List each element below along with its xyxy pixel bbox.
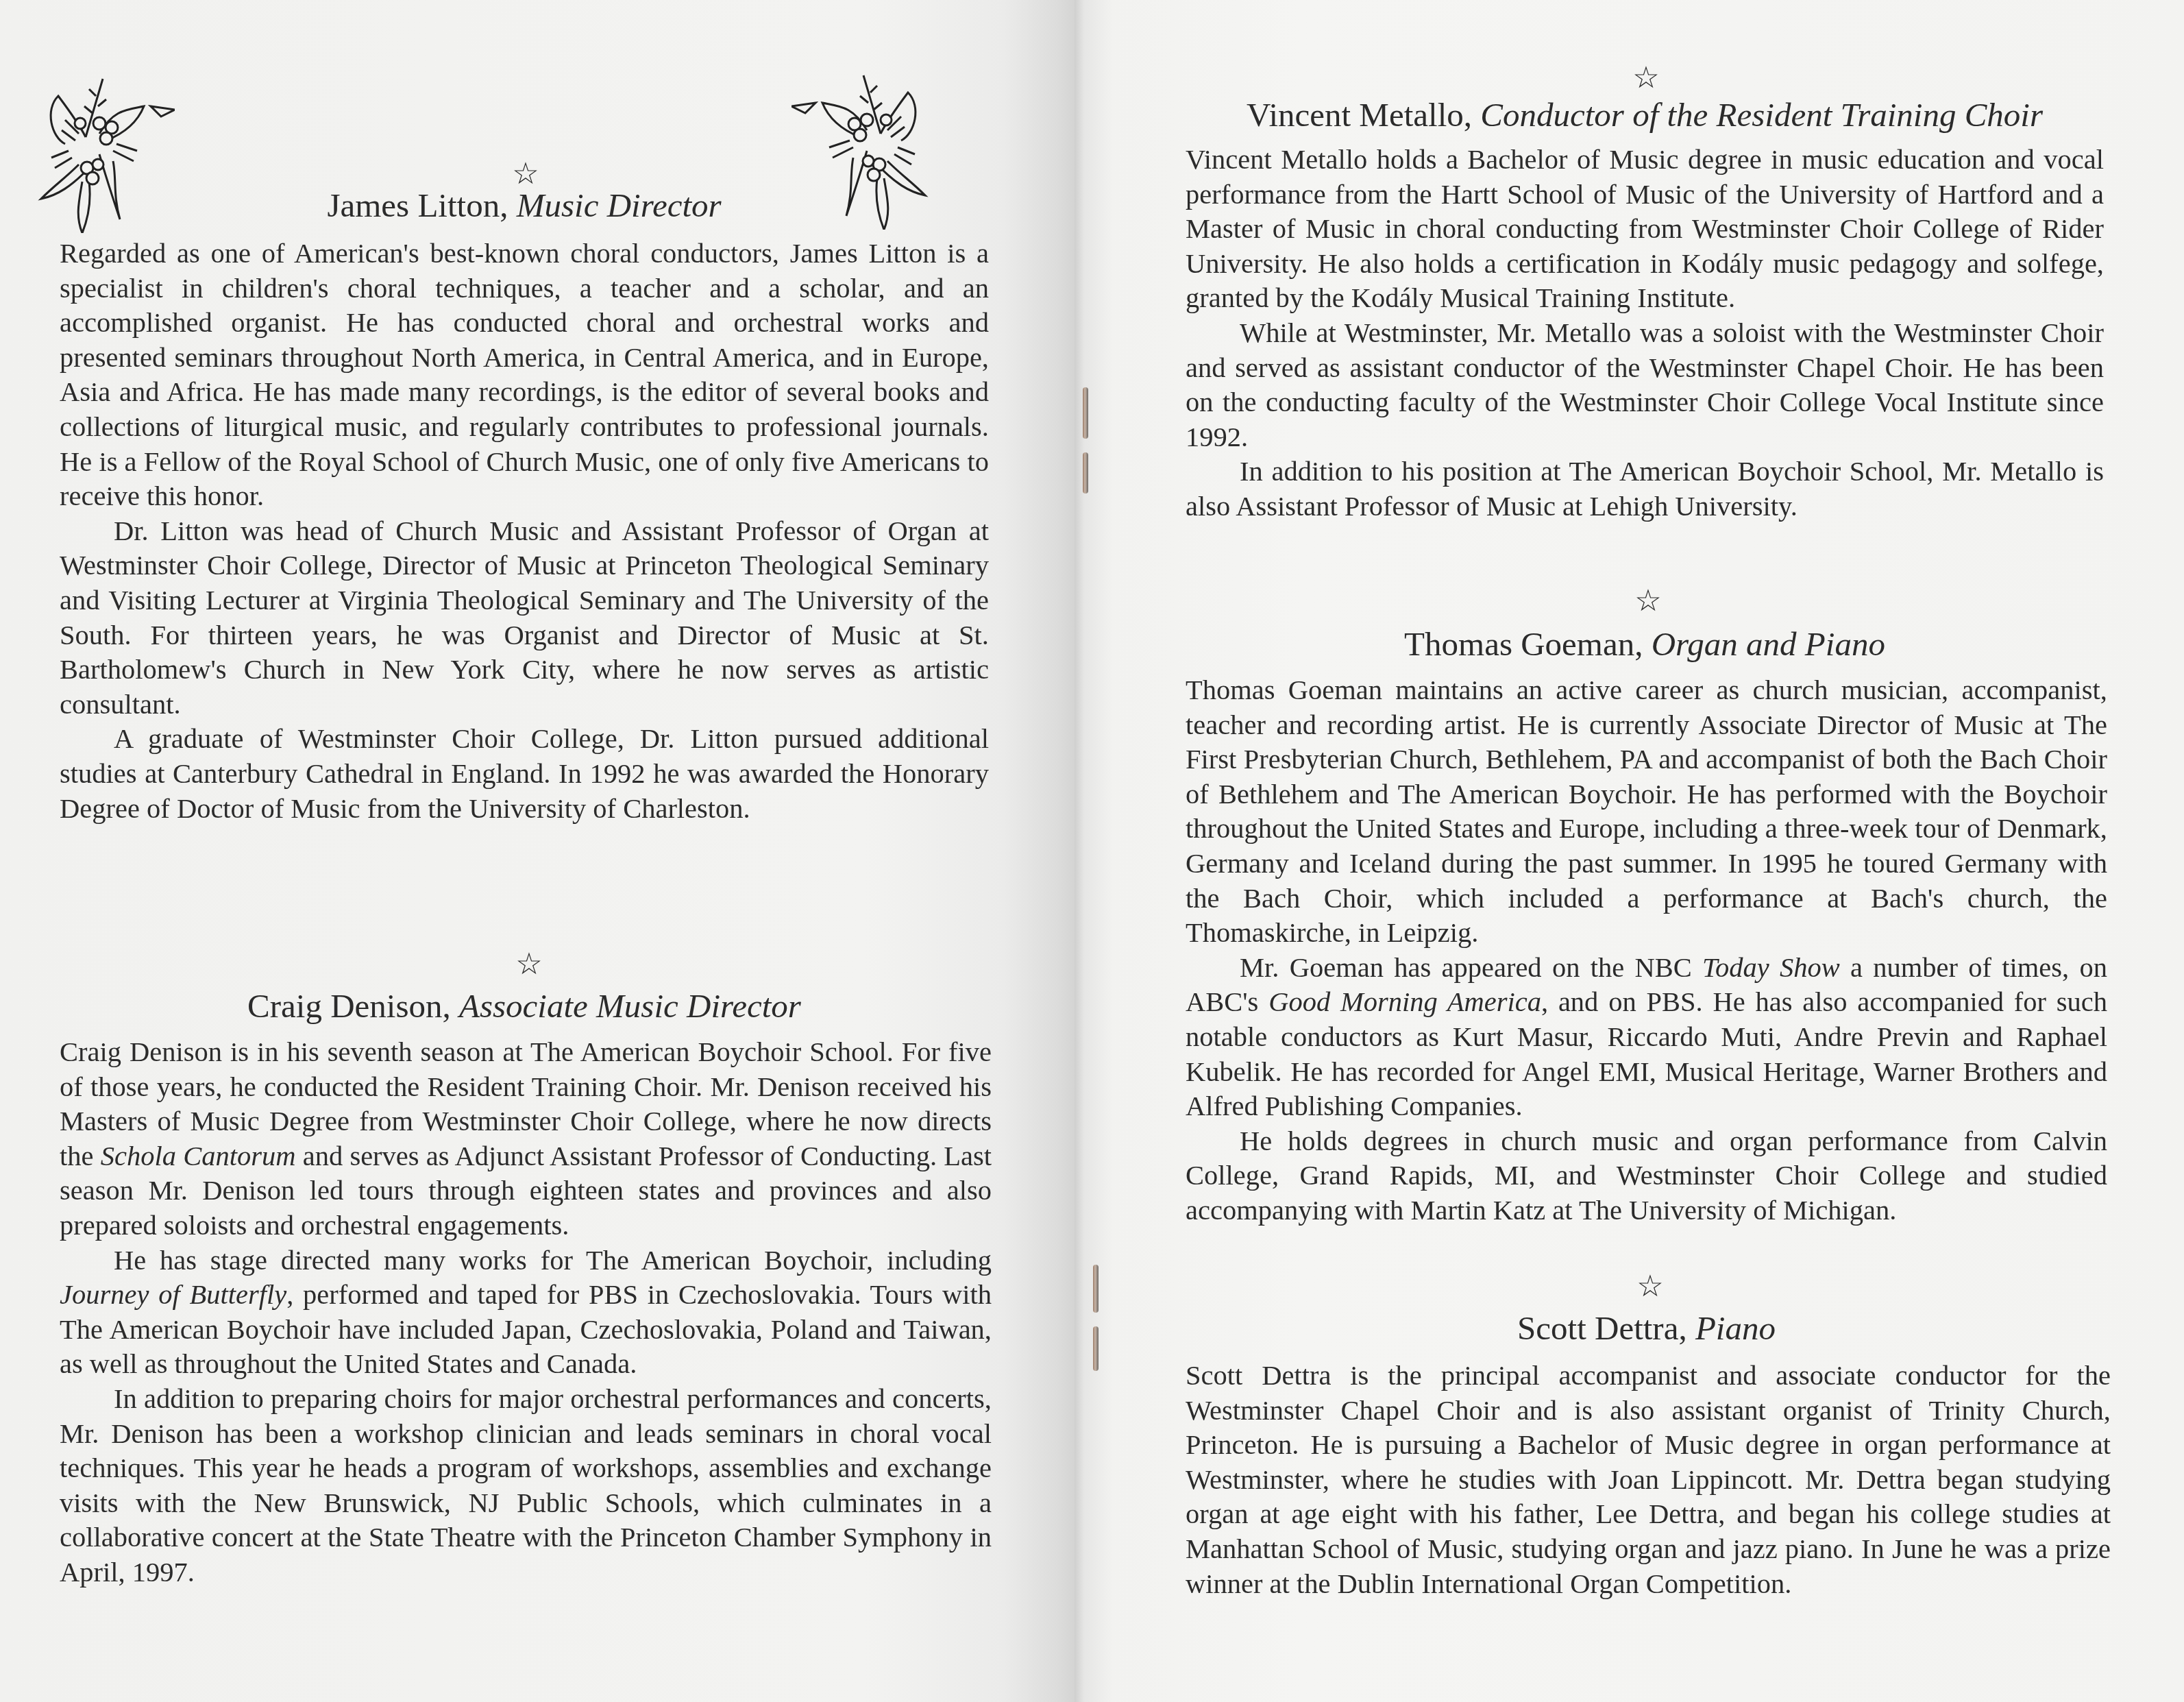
bio-paragraph: Regarded as one of American's best-known… xyxy=(60,236,989,514)
center-fold xyxy=(1075,0,1084,1702)
section-heading: Craig Denison, Associate Music Director xyxy=(60,987,989,1025)
bio-text: Vincent Metallo holds a Bachelor of Musi… xyxy=(1186,143,2104,524)
bio-paragraph: While at Westminster, Mr. Metallo was a … xyxy=(1186,316,2104,454)
italic-title: Good Morning America xyxy=(1268,986,1541,1017)
heading-comma: , xyxy=(1634,625,1652,663)
person-role: Associate Music Director xyxy=(459,987,801,1025)
bio-paragraph: Dr. Litton was head of Church Music and … xyxy=(60,514,989,722)
person-role: Conductor of the Resident Training Choir xyxy=(1480,96,2043,134)
bio-paragraph: Thomas Goeman maintains an active career… xyxy=(1186,673,2107,951)
person-role: Piano xyxy=(1695,1309,1776,1347)
heading-comma: , xyxy=(500,186,517,224)
bio-paragraph: In addition to preparing choirs for majo… xyxy=(60,1382,992,1590)
section-heading: Thomas Goeman, Organ and Piano xyxy=(1186,625,2104,664)
bio-paragraph: Mr. Goeman has appeared on the NBC Today… xyxy=(1186,951,2107,1124)
bio-paragraph: A graduate of Westminster Choir College,… xyxy=(60,722,989,826)
bio-paragraph: Scott Dettra is the principal accompanis… xyxy=(1186,1359,2111,1601)
bio-paragraph: In addition to his position at The Ameri… xyxy=(1186,454,2104,524)
section-heading: Scott Dettra, Piano xyxy=(1186,1309,2107,1348)
bio-paragraph: Vincent Metallo holds a Bachelor of Musi… xyxy=(1186,143,2104,316)
staple-icon xyxy=(1083,452,1088,494)
person-role: Music Director xyxy=(517,186,722,224)
text-run: He has stage directed many works for The… xyxy=(114,1245,992,1276)
bio-paragraph: Craig Denison is in his seventh season a… xyxy=(60,1035,992,1243)
person-name: James Litton xyxy=(327,186,500,224)
bio-text: Craig Denison is in his seventh season a… xyxy=(60,1035,992,1590)
person-role: Organ and Piano xyxy=(1652,625,1885,663)
text-run: Mr. Goeman has appeared on the NBC xyxy=(1240,952,1702,983)
italic-title: Journey of Butterfly xyxy=(60,1279,286,1310)
staple-icon xyxy=(1093,1326,1099,1371)
italic-title: Today Show xyxy=(1702,952,1840,983)
star-icon: ☆ xyxy=(1628,586,1669,616)
bio-paragraph: He has stage directed many works for The… xyxy=(60,1243,992,1382)
bio-text: Regarded as one of American's best-known… xyxy=(60,236,989,826)
staple-icon xyxy=(1093,1265,1099,1313)
person-name: Craig Denison xyxy=(247,987,442,1025)
person-name: Vincent Metallo xyxy=(1247,96,1464,134)
star-icon: ☆ xyxy=(508,949,550,980)
person-name: Scott Dettra xyxy=(1517,1309,1678,1347)
bio-text: Scott Dettra is the principal accompanis… xyxy=(1186,1359,2111,1601)
section-heading: James Litton, Music Director xyxy=(60,186,989,225)
italic-title: Schola Cantorum xyxy=(101,1141,296,1171)
star-icon: ☆ xyxy=(1625,63,1667,93)
section-heading: Vincent Metallo, Conductor of the Reside… xyxy=(1186,96,2104,134)
bio-paragraph: He holds degrees in church music and org… xyxy=(1186,1124,2107,1228)
heading-comma: , xyxy=(442,987,459,1025)
bio-text: Thomas Goeman maintains an active career… xyxy=(1186,673,2107,1228)
staple-icon xyxy=(1083,387,1088,439)
star-icon: ☆ xyxy=(505,159,546,189)
star-icon: ☆ xyxy=(1630,1272,1671,1302)
person-name: Thomas Goeman xyxy=(1404,625,1634,663)
heading-comma: , xyxy=(1464,96,1481,134)
heading-comma: , xyxy=(1678,1309,1695,1347)
